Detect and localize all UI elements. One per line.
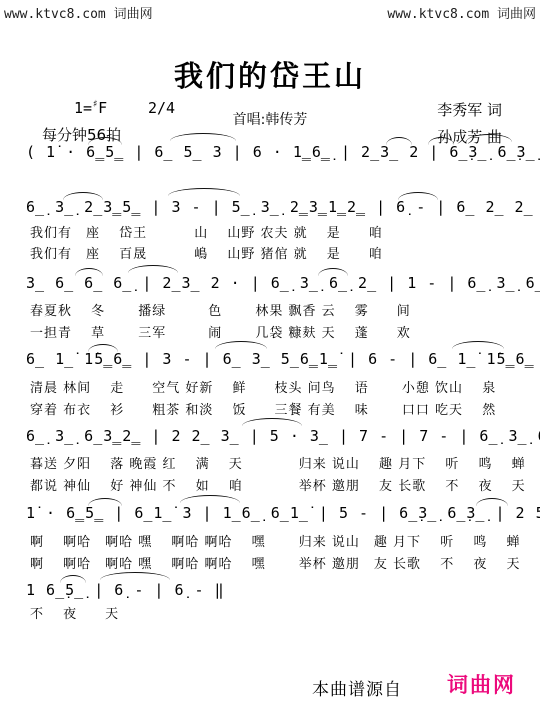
sheet-music-page: www.ktvc8.com 词曲网 www.ktvc8.com 词曲网 我们的岱… [0,0,540,717]
notation-line-2: 6̲̣ 3̲̣ 2̲3̳5̳ | 3 - | 5̲̣ 3̲̣ 2̳3̳1̳2̳ … [26,198,526,216]
lyrics-line-3-verse-2: 一担青 草 三军 闹 几袋 糠麸 天 蓬 欢 [30,322,530,341]
slur-arc [88,344,118,352]
lyrics-line-2-verse-2: 我们有 座 百晟 嶋 山野 猪倌 就 是 咱 [30,243,530,262]
slur-arc [386,137,412,145]
song-title: 我们的岱王山 [0,54,540,95]
slur-arc [128,265,178,273]
notation-line-5: 6̲̣ 3̲̣ 6̲3̳2̳ | 2 2̲ 3̲ | 5 · 3̲ | 7 - … [26,427,526,445]
footer-source-label: 本曲谱源自 [312,675,402,700]
lyrics-line-2-verse-1: 我们有 座 岱王 山 山野 农夫 就 是 咱 [30,222,530,241]
slur-arc [452,341,504,349]
slur-arc [476,498,508,506]
lyrics-line-6-verse-1: 啊 啊哈 啊哈 嘿 啊哈 啊哈 嘿 归来 说山 趣 月下 听 鸣 蝉 长歌 [30,531,530,550]
lyrics-line-6-verse-2: 啊 啊哈 啊哈 嘿 啊哈 啊哈 嘿 举杯 邀朋 友 长歌 不 夜 天 [30,553,530,572]
slur-arc [318,268,348,276]
slur-arc [75,268,103,276]
notation-line-1: ( 1̇ · 6̳5̳ | 6̲ 5̲ 3 | 6 · 1̳6̳̣ | 2̲3̲… [26,143,526,161]
slur-arc [180,495,240,503]
ktvc8-brand-logo: 词曲网 [447,669,516,699]
lyrics-line-5-verse-1: 暮送 夕阳 落 晚霞 红 满 天 归来 说山 趣 月下 听 鸣 蝉 [30,453,530,472]
slur-arc [63,192,103,200]
slur-arc [398,192,438,200]
slur-arc [88,498,122,506]
notation-line-3: 3̲ 6̲ 6̲ 6̲̣ | 2̲3̲ 2 · | 6̲̣ 3̲̣ 6̲̣ 2̲… [26,274,526,292]
lyricist-credit: 李秀军 词 [437,99,502,120]
watermark-top-right: www.ktvc8.com 词曲网 [387,3,536,22]
notation-line-7: 1 6̲̣5̲̣ | 6̣ - | 6̣ - ‖ [26,581,526,599]
notation-line-4: 6̲ 1̲̇ 1̇5̳6̳ | 3 - | 6̲ 3̲ 5̲6̳1̳̇ | 6 … [26,350,526,368]
lyrics-line-5-verse-2: 都说 神仙 好 神仙 不 如 咱 举杯 邀朋 友 长歌 不 夜 天 [30,475,530,494]
lyrics-line-4-verse-2: 穿着 布衣 衫 粗茶 和淡 饭 三餐 有美 味 口口 吃天 然 [30,399,530,418]
lyrics-line-3-verse-1: 春夏秋 冬 播绿 色 林果 飘香 云 雾 间 [30,300,530,319]
lyrics-line-7-verse-1: 不 夜 天 [30,603,530,622]
lyrics-line-4-verse-1: 清晨 林间 走 空气 好新 鲜 枝头 问鸟 语 小憩 饮山 泉 [30,377,530,396]
slur-arc [100,572,170,580]
slur-arc [466,134,512,142]
notation-line-6: 1̇ · 6̳5̳ | 6̲1̲̇ 3 | 1̲6̲̣ 6̲1̲̇ | 5 - … [26,504,526,522]
slur-arc [242,418,302,426]
watermark-top-left: www.ktvc8.com 词曲网 [4,3,153,22]
slur-arc [60,575,86,583]
slur-arc [170,133,236,141]
slur-arc [168,188,240,196]
slur-arc [215,341,267,349]
